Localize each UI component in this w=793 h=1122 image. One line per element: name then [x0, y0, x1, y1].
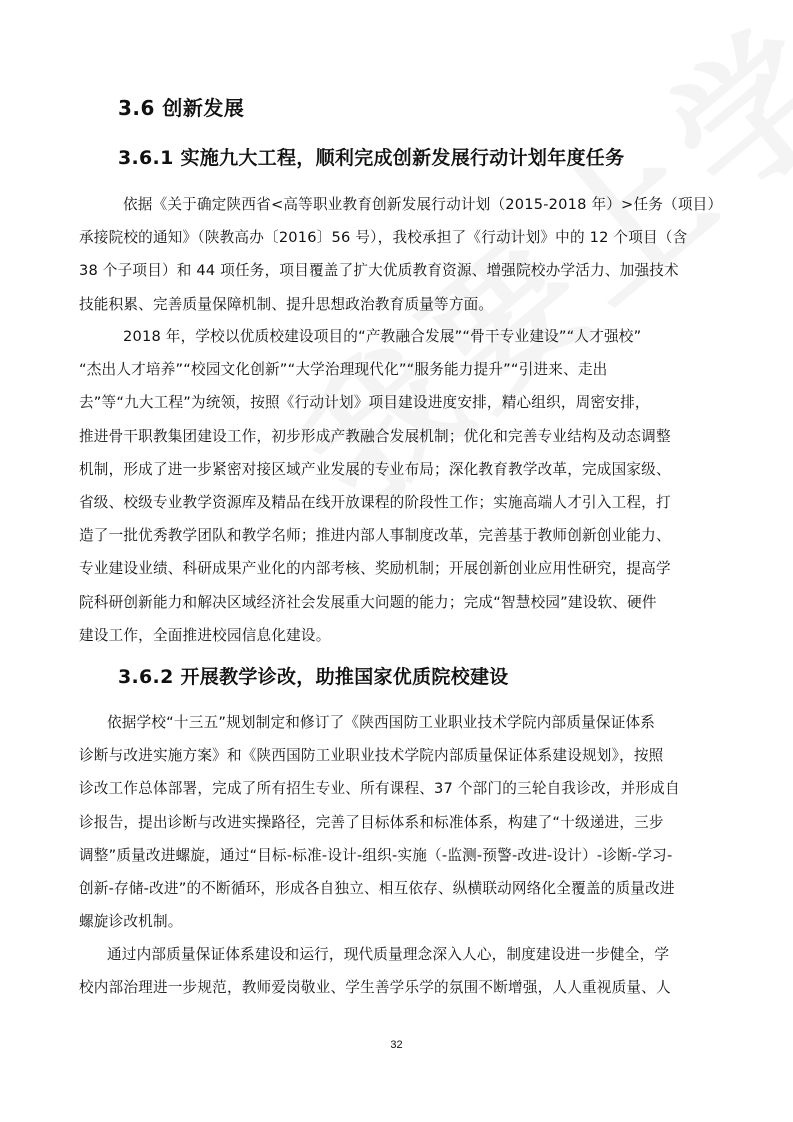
text-line: 诊报告，提出诊断与改进实操路径，完善了目标体系和标准体系，构建了“十级递进，三步	[79, 806, 719, 839]
paragraph: 2018 年，学校以优质校建设项目的“产教融合发展”“骨干专业建设”“人才强校”…	[79, 320, 719, 652]
text-line: 承接院校的通知》（陕教高办〔2016〕56 号），我校承担了《行动计划》中的 1…	[79, 221, 719, 254]
text-line: “杰出人才培养”“校园文化创新”“大学治理现代化”“服务能力提升”“引进来、走出	[79, 353, 719, 386]
text-line: 依据《关于确定陕西省<高等职业教育创新发展行动计划（2015-2018 年）>任…	[79, 188, 719, 221]
document-page: 我要上学 3.6 创新发展 3.6.1 实施九大工程，顺利完成创新发展行动计划年…	[0, 0, 793, 1122]
text-line: 螺旋诊改机制。	[79, 905, 719, 938]
text-line: 机制，形成了进一步紧密对接区域产业发展的专业布局；深化教育教学改革，完成国家级、	[79, 453, 719, 486]
text-line: 38 个子项目）和 44 项任务，项目覆盖了扩大优质教育资源、增强院校办学活力、…	[79, 254, 719, 287]
text-line: 诊断与改进实施方案》和《陕西国防工业职业技术学院内部质量保证体系建设规划》，按照	[79, 739, 719, 772]
paragraph: 通过内部质量保证体系建设和运行，现代质量理念深入人心，制度建设进一步健全，学 校…	[79, 938, 719, 1004]
text-line: 创新-存储-改进”的不断循环，形成各自独立、相互依存、纵横联动网络化全覆盖的质量…	[79, 872, 719, 905]
text-line: 建设工作，全面推进校园信息化建设。	[79, 619, 719, 652]
text-line: 依据学校“十三五”规划制定和修订了《陕西国防工业职业技术学院内部质量保证体系	[79, 706, 719, 739]
text-line: 诊改工作总体部署，完成了所有招生专业、所有课程、37 个部门的三轮自我诊改，并形…	[79, 772, 719, 805]
text-line: 推进骨干职教集团建设工作，初步形成产教融合发展机制；优化和完善专业结构及动态调整	[79, 420, 719, 453]
text-line: 2018 年，学校以优质校建设项目的“产教融合发展”“骨干专业建设”“人才强校”	[79, 320, 719, 353]
text-line: 校内部治理进一步规范，教师爱岗敬业、学生善学乐学的氛围不断增强，人人重视质量、人	[79, 971, 719, 1004]
text-line: 去”等“九大工程”为统领，按照《行动计划》项目建设进度安排，精心组织，周密安排，	[79, 386, 719, 419]
subsection-heading-3-6-2: 3.6.2 开展教学诊改，助推国家优质院校建设	[118, 662, 509, 689]
paragraph: 依据学校“十三五”规划制定和修订了《陕西国防工业职业技术学院内部质量保证体系 诊…	[79, 706, 719, 938]
text-line: 院科研创新能力和解决区域经济社会发展重大问题的能力；完成“智慧校园”建设软、硬件	[79, 586, 719, 619]
text-line: 专业建设业绩、科研成果产业化的内部考核、奖励机制；开展创新创业应用性研究，提高学	[79, 552, 719, 585]
subsection-heading-3-6-1: 3.6.1 实施九大工程，顺利完成创新发展行动计划年度任务	[118, 143, 624, 170]
text-line: 技能积累、完善质量保障机制、提升思想政治教育质量等方面。	[79, 288, 719, 321]
text-line: 省级、校级专业教学资源库及精品在线开放课程的阶段性工作；实施高端人才引入工程，打	[79, 486, 719, 519]
text-line: 通过内部质量保证体系建设和运行，现代质量理念深入人心，制度建设进一步健全，学	[79, 938, 719, 971]
section-heading: 3.6 创新发展	[118, 92, 244, 121]
page-number: 32	[0, 1039, 793, 1051]
text-line: 造了一批优秀教学团队和教学名师；推进内部人事制度改革，完善基于教师创新创业能力、	[79, 519, 719, 552]
paragraph: 依据《关于确定陕西省<高等职业教育创新发展行动计划（2015-2018 年）>任…	[79, 188, 719, 321]
text-line: 调整”质量改进螺旋，通过“目标-标准-设计-组织-实施（-监测-预警-改进-设计…	[79, 839, 719, 872]
